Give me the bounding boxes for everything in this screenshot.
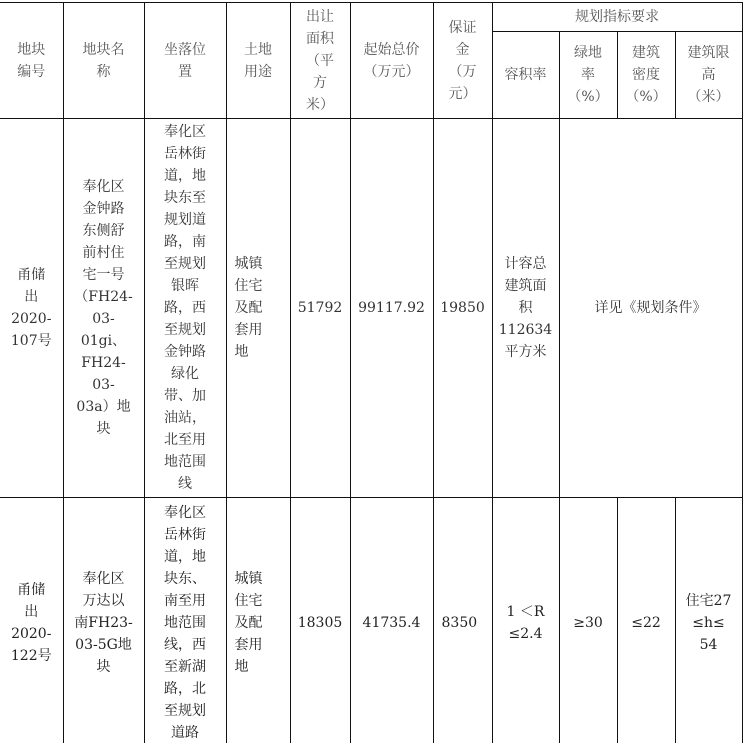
header-height: 建筑限高（米） — [675, 32, 742, 119]
header-location: 坐落位置 — [144, 3, 226, 119]
cell-planning-note: 详见《规划条件》 — [559, 119, 742, 498]
cell-green-rate: ≥30 — [559, 498, 617, 743]
cell-far: 计容总建筑面积112634平方米 — [492, 119, 559, 498]
land-auction-table: 地块编号 地块名称 坐落位置 土地用途 出让面积（平方米） 起始总价（万元） 保… — [0, 2, 743, 743]
header-far: 容积率 — [492, 32, 559, 119]
header-density: 建筑密度（%） — [617, 32, 675, 119]
header-start-price: 起始总价（万元） — [350, 3, 433, 119]
header-plot-no: 地块编号 — [0, 3, 63, 119]
cell-plot-name: 奉化区金钟路东侧舒前村住宅一号（FH24-03-01gi、FH24-03-03a… — [63, 119, 144, 498]
cell-land-use: 城镇住宅及配套用地 — [226, 119, 290, 498]
header-planning-requirements: 规划指标要求 — [492, 3, 742, 32]
cell-far: 1 ＜R≤2.4 — [492, 498, 559, 743]
cell-height: 住宅27≤h≤54 — [675, 498, 742, 743]
header-deposit: 保证金（万元） — [433, 3, 492, 119]
cell-location: 奉化区岳林街道，地块东至规划道路，南至规划银晖路，西至规划金钟路绿化带、加油站，… — [144, 119, 226, 498]
cell-plot-no: 甬储出2020-107号 — [0, 119, 63, 498]
table-row: 甬储出2020-122号 奉化区万达以南FH23-03-5G地块 奉化区岳林街道… — [0, 498, 742, 743]
cell-area: 51792 — [290, 119, 350, 498]
cell-land-use: 城镇住宅及配套用地 — [226, 498, 290, 743]
cell-location: 奉化区岳林街道，地块东、南至用地范围线，西至新湖路，北至规划道路 — [144, 498, 226, 743]
cell-area: 18305 — [290, 498, 350, 743]
cell-deposit: 8350 — [433, 498, 492, 743]
cell-deposit: 19850 — [433, 119, 492, 498]
header-area: 出让面积（平方米） — [290, 3, 350, 119]
header-land-use: 土地用途 — [226, 3, 290, 119]
cell-density: ≤22 — [617, 498, 675, 743]
cell-plot-name: 奉化区万达以南FH23-03-5G地块 — [63, 498, 144, 743]
header-green-rate: 绿地率（%） — [559, 32, 617, 119]
cell-plot-no: 甬储出2020-122号 — [0, 498, 63, 743]
cell-start-price: 41735.4 — [350, 498, 433, 743]
cell-start-price: 99117.92 — [350, 119, 433, 498]
header-plot-name: 地块名称 — [63, 3, 144, 119]
table-row: 甬储出2020-107号 奉化区金钟路东侧舒前村住宅一号（FH24-03-01g… — [0, 119, 742, 498]
